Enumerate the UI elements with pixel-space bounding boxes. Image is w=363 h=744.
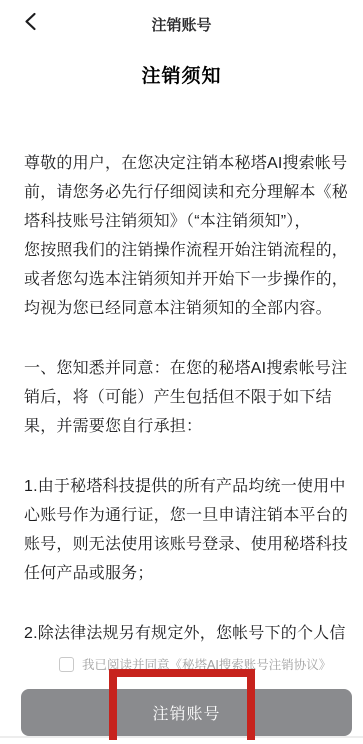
notice-paragraph: 一、您知悉并同意：在您的秘塔AI搜索帐号注 销后，将（可能）产生包括但不限于如下… xyxy=(24,354,351,441)
agreement-label[interactable]: 我已阅读并同意《秘塔AI搜索账号注销协议》 xyxy=(82,655,331,673)
nav-title: 注销账号 xyxy=(0,0,363,48)
notice-body: 尊敬的用户，在您决定注销本秘塔AI搜索帐号 前，请您务必先行仔细阅读和充分理解本… xyxy=(24,149,351,679)
nav-bar: 注销账号 xyxy=(0,0,363,48)
bottom-divider xyxy=(0,736,363,738)
notice-paragraph: 尊敬的用户，在您决定注销本秘塔AI搜索帐号 前，请您务必先行仔细阅读和充分理解本… xyxy=(24,149,351,323)
notice-paragraph: 2.除法律法规另有规定外，您帐号下的个人信 xyxy=(24,619,351,648)
cancel-account-page: 注销账号 注销须知 尊敬的用户，在您决定注销本秘塔AI搜索帐号 前，请您务必先行… xyxy=(0,0,363,744)
cancel-account-button[interactable]: 注销账号 xyxy=(21,689,352,736)
agreement-row[interactable]: 我已阅读并同意《秘塔AI搜索账号注销协议》 xyxy=(59,655,331,673)
notice-paragraph: 1.由于秘塔科技提供的所有产品均统一使用中 心账号作为通行证，您一旦申请注销本平… xyxy=(24,472,351,588)
page-title: 注销须知 xyxy=(0,64,363,90)
agreement-checkbox[interactable] xyxy=(59,657,74,672)
